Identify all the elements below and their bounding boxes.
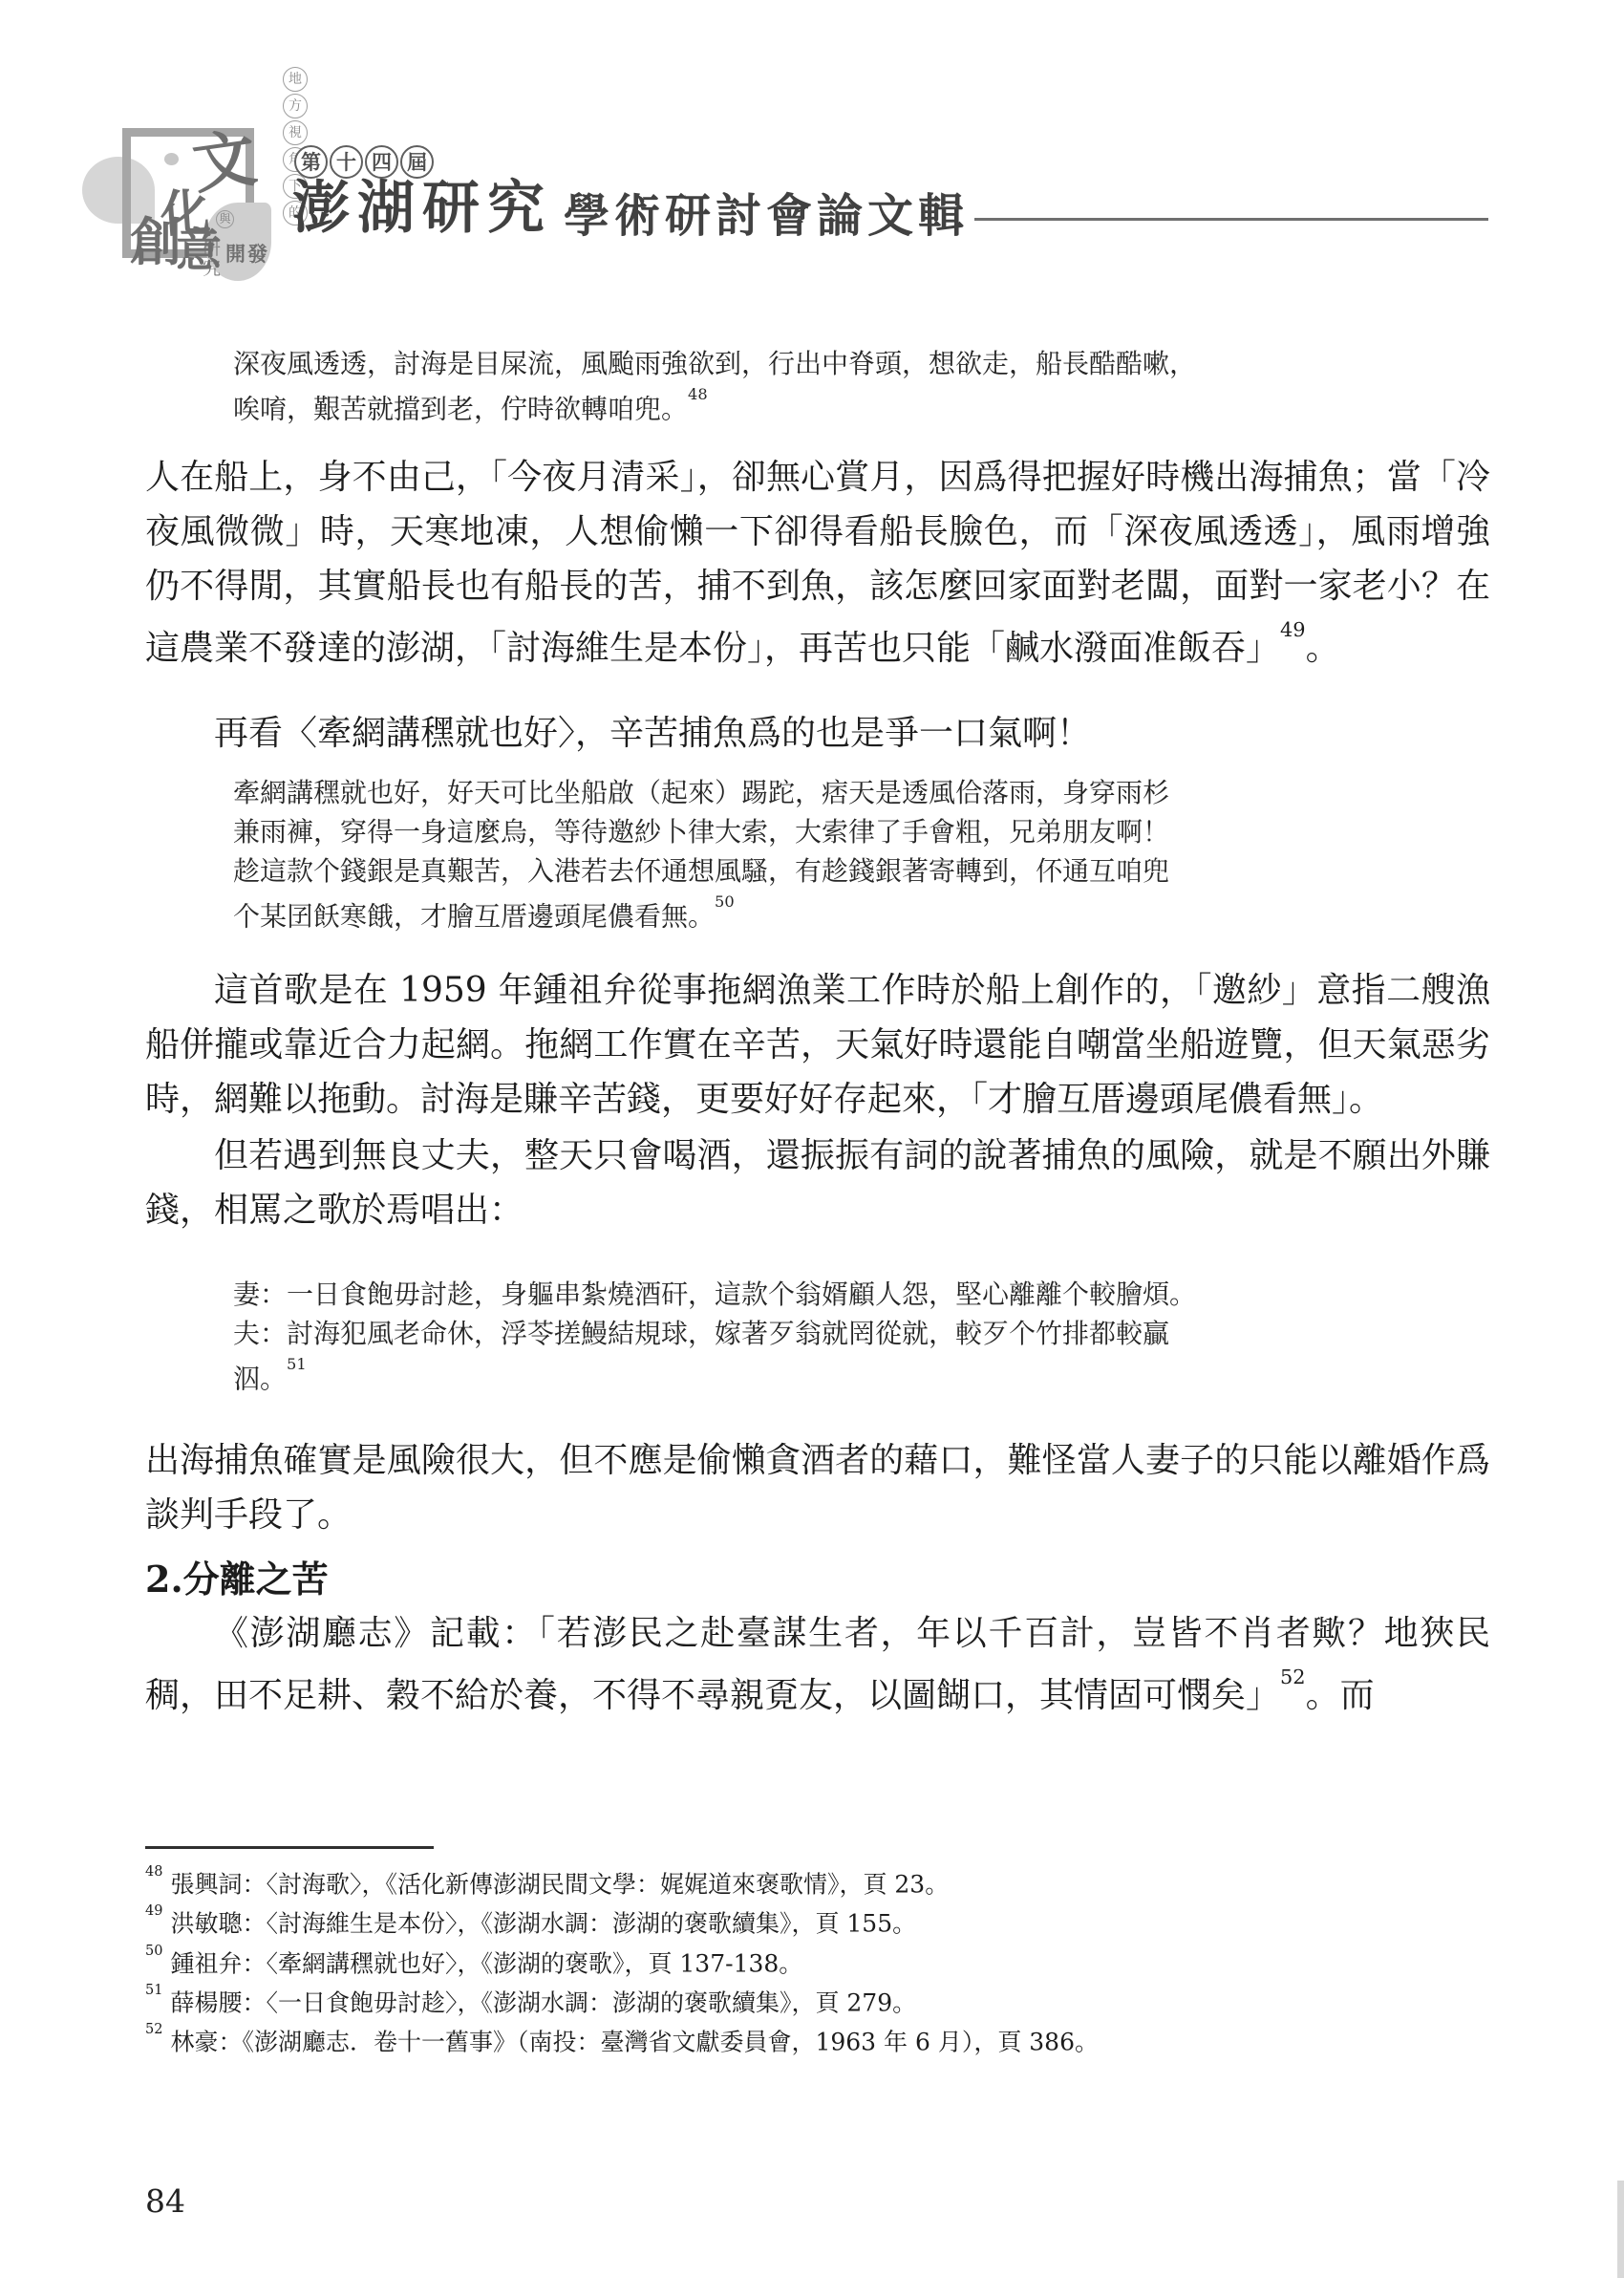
section-heading-separation: 2.分離之苦 xyxy=(145,1552,1490,1606)
paragraph-divorce-conclusion: 出海捕魚確實是風險很大，但不應是偷懶貪酒者的藉口，難怪當人妻子的只能以離婚作爲談… xyxy=(145,1433,1490,1542)
logo-label-kaifa: 開發 xyxy=(225,239,269,268)
edition-badge: 第 十 四 屆 xyxy=(294,145,434,179)
proceedings-title-sub: 學術研討會論文輯 xyxy=(564,193,969,239)
footnote-ref-50: 50 xyxy=(715,892,735,911)
block-quote-fishing-song: 深夜風透透，討海是目屎流，風颱雨強欲到，行出中脊頭，想欲走，船長酷酷嗽， 唉唷，… xyxy=(233,344,1490,428)
logo-char-chuang: 創 xyxy=(130,216,182,268)
footnote-separator xyxy=(145,1846,434,1849)
quote-line: 深夜風透透，討海是目屎流，風颱雨強欲到，行出中脊頭，想欲走，船長酷酷嗽， xyxy=(233,344,1490,383)
footnote-51: 51薛楊腰：〈一日食飽毋討趁〉，《澎湖水調：澎湖的褒歌續集》，頁 279。 xyxy=(145,1981,1425,2020)
quote-line: 牽網講䆀就也好，好天可比坐船啟（起來）踢跎，痞天是透風佮落雨，身穿雨杉 xyxy=(233,773,1490,812)
paragraph-lead-net-song: 再看〈牽網講䆀就也好〉，辛苦捕魚爲的也是爭一口氣啊！ xyxy=(145,706,1490,761)
logo-char-yi: 意 xyxy=(176,227,222,273)
edition-char: 十 xyxy=(330,145,363,179)
edition-char: 第 xyxy=(294,145,328,179)
footnote-section: 48張興詞：〈討海歌〉，《活化新傳澎湖民間文學：娓娓道來褒歌情》，頁 23。 4… xyxy=(145,1846,1425,2060)
footnote-ref-51: 51 xyxy=(287,1355,307,1373)
quote-line: 趁這款个錢銀是真艱苦，入港若去伓通想風騷，有趁錢銀著寄轉到，伓通互咱兜 xyxy=(233,851,1490,891)
paragraph-song-origin: 這首歌是在 1959 年鍾祖弁從事拖網漁業工作時於船上創作的，「邀紗」意指二艘漁… xyxy=(145,963,1490,1127)
paragraph-penghu-gazetteer: 《澎湖廳志》記載：「若澎民之赴臺謀生者，年以千百計，豈皆不肖者歟？地狹民稠，田不… xyxy=(145,1606,1490,1723)
quote-line: 唉唷，艱苦就擋到老，佇時欲轉咱兜。48 xyxy=(233,383,1490,428)
footnote-49: 49洪敏聰：〈討海維生是本份〉，《澎湖水調：澎湖的褒歌續集》，頁 155。 xyxy=(145,1902,1425,1941)
footnote-ref-52: 52 xyxy=(1280,1666,1306,1688)
logo-dot xyxy=(164,153,179,165)
edition-char: 四 xyxy=(365,145,398,179)
page-body: 深夜風透透，討海是目屎流，風颱雨強欲到，行出中脊頭，想欲走，船長酷酷嗽， 唉唷，… xyxy=(145,336,1490,1723)
quote-line-wife: 妻：一日食飽毋討趁，身軀串紮燒酒矸，這款个翁婿顧人怨，堅心離離个較膾煩。 xyxy=(233,1275,1490,1314)
motto-char: 方 xyxy=(283,94,308,118)
footnote-50: 50鍾祖弁：〈牽網講䆀就也好〉，《澎湖的褒歌》，頁 137-138。 xyxy=(145,1942,1425,1981)
footnote-ref-48: 48 xyxy=(688,385,708,403)
document-page: 文 化 研究 與 創 意 開發 地 方 視 角 下 的 第 十 四 屆 澎湖研究… xyxy=(0,0,1624,2278)
footnote-ref-49: 49 xyxy=(1280,618,1306,641)
header-rule xyxy=(974,218,1488,221)
paragraph-bad-husband: 但若遇到無良丈夫，整天只會喝酒，還振振有詞的說著捕魚的風險，就是不願出外賺錢，相… xyxy=(145,1128,1490,1237)
proceedings-title-main: 澎湖研究 xyxy=(292,180,552,237)
scan-artifact xyxy=(1617,2181,1624,2278)
motto-char: 地 xyxy=(283,67,308,92)
motto-char: 視 xyxy=(283,120,308,145)
edition-char: 屆 xyxy=(400,145,434,179)
quote-line: 个某囝飫寒餓，才膾互厝邊頭尾儂看無。50 xyxy=(233,891,1490,935)
block-quote-net-song: 牽網講䆀就也好，好天可比坐船啟（起來）踢跎，痞天是透風佮落雨，身穿雨杉 兼雨褲，… xyxy=(233,773,1490,935)
page-number: 84 xyxy=(145,2182,185,2220)
quote-line: 兼雨褲，穿得一身這麼烏，等待邀紗卜律大索，大索律了手會粗，兄弟朋友啊！ xyxy=(233,812,1490,851)
paragraph-on-boat: 人在船上，身不由己，「今夜月清采」，卻無心賞月，因爲得把握好時機出海捕魚；當「冷… xyxy=(145,450,1490,676)
footnote-48: 48張興詞：〈討海歌〉，《活化新傳澎湖民間文學：娓娓道來褒歌情》，頁 23。 xyxy=(145,1862,1425,1902)
block-quote-couple-quarrel: 妻：一日食飽毋討趁，身軀串紮燒酒矸，這款个翁婿顧人怨，堅心離離个較膾煩。 夫：討… xyxy=(233,1275,1490,1398)
quote-line-husband-cont: 泅。51 xyxy=(233,1353,1490,1398)
footnote-52: 52林豪：《澎湖廳志．卷十一舊事》（南投：臺灣省文獻委員會，1963 年 6 月… xyxy=(145,2020,1425,2059)
quote-line-husband: 夫：討海犯風老命休，浮苓搓鰻結規球，嫁著歹翁就罔從就，較歹个竹排都較贏 xyxy=(233,1314,1490,1353)
